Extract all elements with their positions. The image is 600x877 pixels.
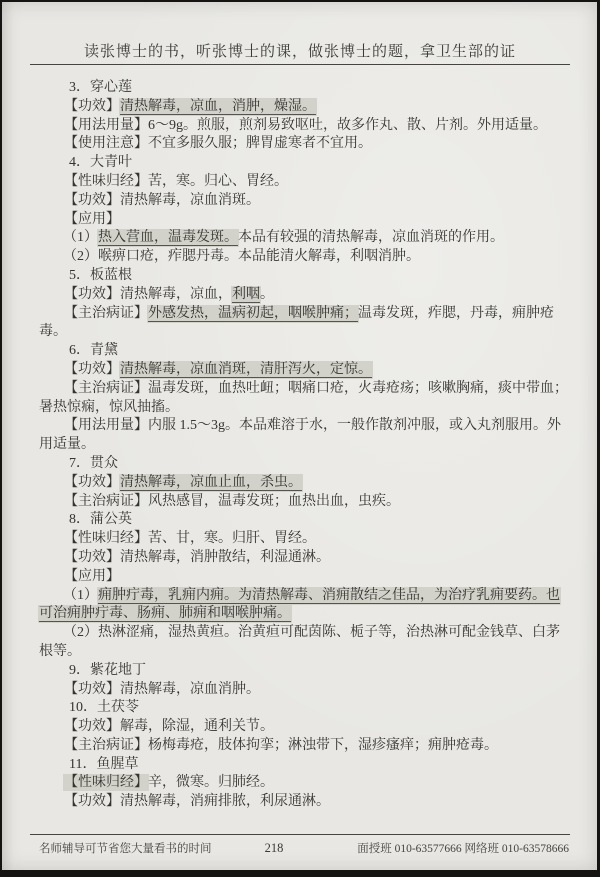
body-text: 毒。	[39, 324, 67, 339]
text-line: 【功效】清热解毒，消肿散结，利湿通淋。	[39, 549, 569, 568]
text-line: 根等。	[39, 643, 569, 662]
page-footer: 名师辅导可节省您大量看书的时间 218 面授班 010-63577666 网络班…	[39, 840, 569, 856]
footer-page-number: 218	[265, 841, 344, 856]
text-line: （1）痈肿疔毒，乳痈内痈。为清热解毒、消痈散结之佳品，为治疗乳痈要药。也	[39, 587, 569, 606]
body-text: （1）	[63, 230, 98, 245]
highlighted-text: 【性味归经】	[64, 775, 148, 790]
text-line: 【功效】清热解毒，凉血消斑。	[39, 192, 569, 211]
text-line: 【功效】清热解毒，凉血，消肿，燥湿。	[39, 98, 569, 117]
highlighted-text: 清热解毒，凉血止血，杀虫。	[120, 475, 302, 491]
body-text: 根等。	[39, 644, 81, 659]
text-line: 【功效】清热解毒，消痈排脓，利尿通淋。	[39, 793, 569, 812]
body-text: 6．青黛	[69, 343, 118, 358]
body-text: 【功效】清热解毒，消痈排脓，利尿通淋。	[64, 794, 330, 809]
body-text: 【应用】	[64, 212, 120, 227]
body-text: 10．土茯苓	[69, 700, 139, 715]
body-text: 【使用注意】不宜多服久服；脾胃虚寒者不宜用。	[64, 136, 372, 151]
body-text: 【性味归经】苦、甘，寒。归肝、胃经。	[64, 531, 316, 546]
body-text: 8．蒲公英	[69, 512, 132, 527]
body-text: 【主治病证】	[64, 306, 148, 321]
text-line: 【用法用量】6～9g。煎服，煎剂易致呕吐，故多作丸、散、片剂。外用适量。	[39, 117, 569, 136]
body-text: （2）喉痹口疮，痄腮丹毒。本品能清火解毒，利咽消肿。	[63, 249, 420, 264]
scanned-page-frame: 读张博士的书，听张博士的课，做张博士的题，拿卫生部的证 3．穿心莲【功效】清热解…	[0, 0, 600, 877]
body-text: 11．鱼腥草	[69, 757, 138, 772]
footer-contact-text: 面授班 010-63577666 网络班 010-63578666	[343, 840, 569, 856]
highlighted-text: 利咽	[232, 287, 260, 303]
text-line: 5．板蓝根	[39, 267, 569, 286]
text-line: 【主治病证】外感发热，温病初起，咽喉肿痛；温毒发斑，痄腮，丹毒，痈肿疮	[39, 305, 569, 324]
text-line: 【主治病证】风热感冒，温毒发斑；血热出血，虫疾。	[39, 493, 569, 512]
body-text: 【主治病证】温毒发斑，血热吐衄；咽痛口疮，火毒疮疡；咳嗽胸痛，痰中带血；	[64, 381, 568, 396]
body-text: 【用法用量】内服 1.5～3g。本品难溶于水，一般作散剂冲服，或入丸剂服用。外	[64, 418, 561, 433]
text-line: 【功效】清热解毒，凉血，利咽。	[39, 286, 569, 305]
body-text: 温毒发斑，痄腮，丹毒，痈肿疮	[358, 306, 554, 321]
body-text: 用适量。	[39, 437, 95, 452]
text-line: （2）喉痹口疮，痄腮丹毒。本品能清火解毒，利咽消肿。	[39, 248, 569, 267]
body-text: 【功效】清热解毒，消肿散结，利湿通淋。	[64, 550, 330, 565]
text-line: 【使用注意】不宜多服久服；脾胃虚寒者不宜用。	[39, 135, 569, 154]
body-text: 【功效】	[64, 362, 120, 377]
body-text: 5．板蓝根	[69, 268, 132, 283]
text-line: 【性味归经】苦，寒。归心、胃经。	[39, 173, 569, 192]
body-text: 【应用】	[64, 569, 120, 584]
body-text: 9．紫花地丁	[69, 663, 146, 678]
document-page: 读张博士的书，听张博士的课，做张博士的题，拿卫生部的证 3．穿心莲【功效】清热解…	[2, 2, 597, 870]
body-text: 【功效】清热解毒，凉血，	[64, 287, 232, 302]
text-line: 【性味归经】辛，微寒。归肺经。	[39, 774, 569, 793]
text-line: 【用法用量】内服 1.5～3g。本品难溶于水，一般作散剂冲服，或入丸剂服用。外	[39, 417, 569, 436]
body-text: 【功效】清热解毒，凉血消斑。	[64, 193, 260, 208]
body-text: 【功效】	[64, 99, 120, 114]
text-line: 【应用】	[39, 568, 569, 587]
text-line: 4．大青叶	[39, 154, 569, 173]
body-text: 暑热惊痫，惊风抽搐。	[39, 400, 179, 415]
text-line: 【功效】清热解毒，凉血消肿。	[39, 681, 569, 700]
header-rule	[30, 64, 570, 65]
body-text: 【功效】	[64, 475, 120, 490]
highlighted-text: 热入营血，温毒发斑。	[98, 230, 238, 246]
text-line: 【功效】清热解毒，凉血消斑，清肝泻火，定惊。	[39, 361, 569, 380]
text-line: 3．穿心莲	[39, 79, 569, 98]
body-text: 3．穿心莲	[69, 80, 132, 95]
text-line: 7．贯众	[39, 455, 569, 474]
text-line: 【功效】解毒，除湿，通利关节。	[39, 718, 569, 737]
text-line: 【性味归经】苦、甘，寒。归肝、胃经。	[39, 530, 569, 549]
footer-left-text: 名师辅导可节省您大量看书的时间	[39, 840, 265, 856]
body-text: 【用法用量】6～9g。煎服，煎剂易致呕吐，故多作丸、散、片剂。外用适量。	[64, 118, 547, 133]
text-line: 8．蒲公英	[39, 511, 569, 530]
document-body: 3．穿心莲【功效】清热解毒，凉血，消肿，燥湿。【用法用量】6～9g。煎服，煎剂易…	[39, 79, 569, 812]
text-line: （2）热淋涩痛，湿热黄疸。治黄疸可配茵陈、栀子等，治热淋可配金钱草、白茅	[39, 624, 569, 643]
body-text: 【功效】清热解毒，凉血消肿。	[64, 682, 260, 697]
text-line: 用适量。	[39, 436, 569, 455]
highlighted-text: 清热解毒，凉血，消肿，燥湿。	[120, 99, 316, 115]
text-line: 暑热惊痫，惊风抽搐。	[39, 399, 569, 418]
text-line: 11．鱼腥草	[39, 756, 569, 775]
text-line: 【主治病证】温毒发斑，血热吐衄；咽痛口疮，火毒疮疡；咳嗽胸痛，痰中带血；	[39, 380, 569, 399]
footer-rule	[30, 834, 570, 835]
body-text: 本品有较强的清热解毒，凉血消斑的作用。	[238, 230, 504, 245]
text-line: 【应用】	[39, 211, 569, 230]
body-text: 。	[260, 287, 274, 302]
body-text: （1）	[63, 588, 98, 603]
body-text: 【性味归经】苦，寒。归心、胃经。	[64, 174, 288, 189]
body-text: 【主治病证】风热感冒，温毒发斑；血热出血，虫疾。	[64, 494, 400, 509]
body-text: 【主治病证】杨梅毒疮，肢体拘挛；淋浊带下，湿疹瘙痒；痈肿疮毒。	[64, 738, 498, 753]
text-line: 【主治病证】杨梅毒疮，肢体拘挛；淋浊带下，湿疹瘙痒；痈肿疮毒。	[39, 737, 569, 756]
text-line: 9．紫花地丁	[39, 662, 569, 681]
highlighted-text: 痈肿疔毒，乳痈内痈。为清热解毒、消痈散结之佳品，为治疗乳痈要药。也	[98, 588, 560, 604]
body-text: （2）热淋涩痛，湿热黄疸。治黄疸可配茵陈、栀子等，治热淋可配金钱草、白茅	[63, 625, 560, 640]
text-line: 【功效】清热解毒，凉血止血，杀虫。	[39, 474, 569, 493]
body-text: 辛，微寒。归肺经。	[148, 775, 274, 790]
highlighted-text: 清热解毒，凉血消斑，清肝泻火，定惊。	[120, 362, 372, 378]
body-text: 4．大青叶	[69, 155, 132, 170]
highlighted-text: 外感发热，温病初起，咽喉肿痛；	[148, 306, 358, 322]
body-text: 【功效】解毒，除湿，通利关节。	[64, 719, 274, 734]
text-line: 6．青黛	[39, 342, 569, 361]
text-line: 毒。	[39, 323, 569, 342]
body-text: 7．贯众	[69, 456, 118, 471]
header-slogan: 读张博士的书，听张博士的课，做张博士的题，拿卫生部的证	[30, 40, 570, 61]
text-line: （1）热入营血，温毒发斑。本品有较强的清热解毒，凉血消斑的作用。	[39, 229, 569, 248]
text-line: 可治痈肿疔毒、肠痈、肺痈和咽喉肿痛。	[39, 605, 569, 624]
highlighted-text: 可治痈肿疔毒、肠痈、肺痈和咽喉肿痛。	[39, 606, 291, 622]
text-line: 10．土茯苓	[39, 699, 569, 718]
